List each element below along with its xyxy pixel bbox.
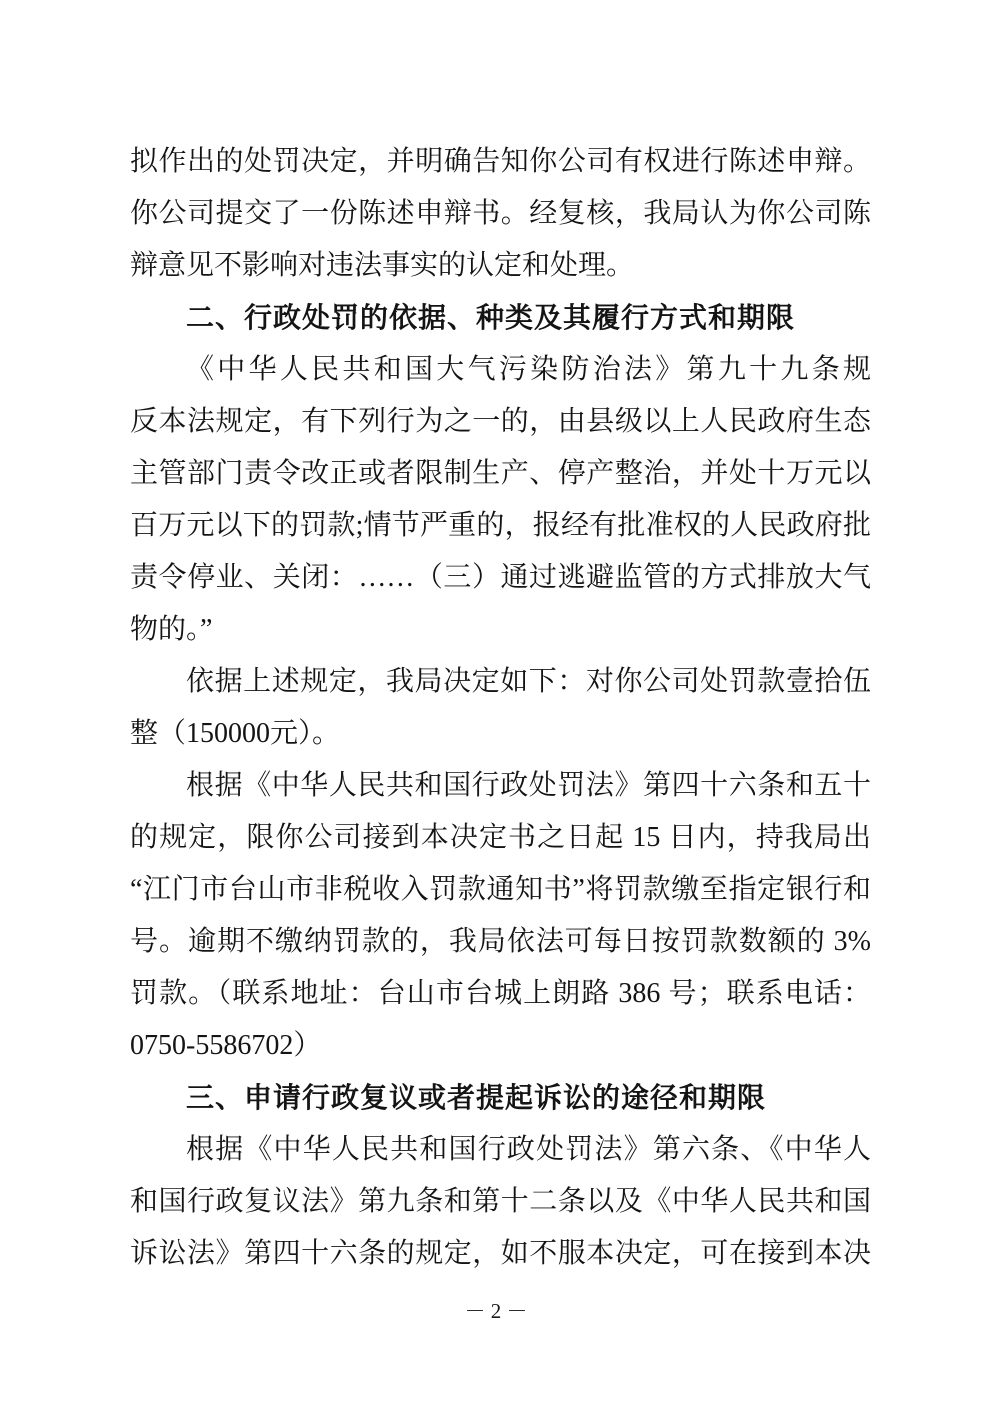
body-text-line: 主管部门责令改正或者限制生产、停产整治，并处十万元以上一: [130, 448, 871, 500]
body-text-line: “江门市台山市非税收入罚款通知书”将罚款缴至指定银行和账: [130, 864, 871, 916]
body-text-line: 的规定，限你公司接到本决定书之日起 15 日内，持我局出具的: [130, 812, 871, 864]
body-text-line: 你公司提交了一份陈述申辩书。经复核，我局认为你公司陈述申: [130, 188, 871, 240]
body-text-line: 辩意见不影响对违法事实的认定和处理。: [130, 240, 871, 292]
section-heading: 二、行政处罚的依据、种类及其履行方式和期限: [130, 292, 871, 344]
body-text-line: 拟作出的处罚决定，并明确告知你公司有权进行陈述申辩。期间: [130, 136, 871, 188]
body-text-line: 物的。”: [130, 604, 871, 656]
body-text-line: 0750-5586702）: [130, 1020, 871, 1072]
body-text-line: 罚款。（联系地址：台山市台城上朗路 386 号；联系电话：: [130, 968, 871, 1020]
page-footer: － 2 －: [0, 1294, 992, 1328]
body-text-line: 号。逾期不缴纳罚款的，我局依法可每日按罚款数额的 3%加处: [130, 916, 871, 968]
body-text-line: 根据《中华人民共和国行政处罚法》第六条、《中华人民共: [130, 1124, 871, 1176]
body-text-line: 依据上述规定，我局决定如下：对你公司处罚款壹拾伍万元: [130, 656, 871, 708]
body-text-line: 整（150000元）。: [130, 708, 871, 760]
section-heading: 三、申请行政复议或者提起诉讼的途径和期限: [130, 1072, 871, 1124]
document-body: 拟作出的处罚决定，并明确告知你公司有权进行陈述申辩。期间你公司提交了一份陈述申辩…: [130, 136, 871, 1280]
body-text-line: 根据《中华人民共和国行政处罚法》第四十六条和五十一条: [130, 760, 871, 812]
body-text-line: 责令停业、关闭：……（三）通过逃避监管的方式排放大气污染: [130, 552, 871, 604]
body-text-line: 百万元以下的罚款;情节严重的，报经有批准权的人民政府批准，: [130, 500, 871, 552]
document-page: 拟作出的处罚决定，并明确告知你公司有权进行陈述申辩。期间你公司提交了一份陈述申辩…: [0, 0, 992, 1403]
body-text-line: 反本法规定，有下列行为之一的，由县级以上人民政府生态环境: [130, 396, 871, 448]
body-text-line: 《中华人民共和国大气污染防治法》第九十九条规定：“违: [130, 344, 871, 396]
page-number: － 2 －: [465, 1299, 528, 1323]
body-text-line: 诉讼法》第四十六条的规定，如不服本决定，可在接到本决定书: [130, 1228, 871, 1280]
body-text-line: 和国行政复议法》第九条和第十二条以及《中华人民共和国行政: [130, 1176, 871, 1228]
